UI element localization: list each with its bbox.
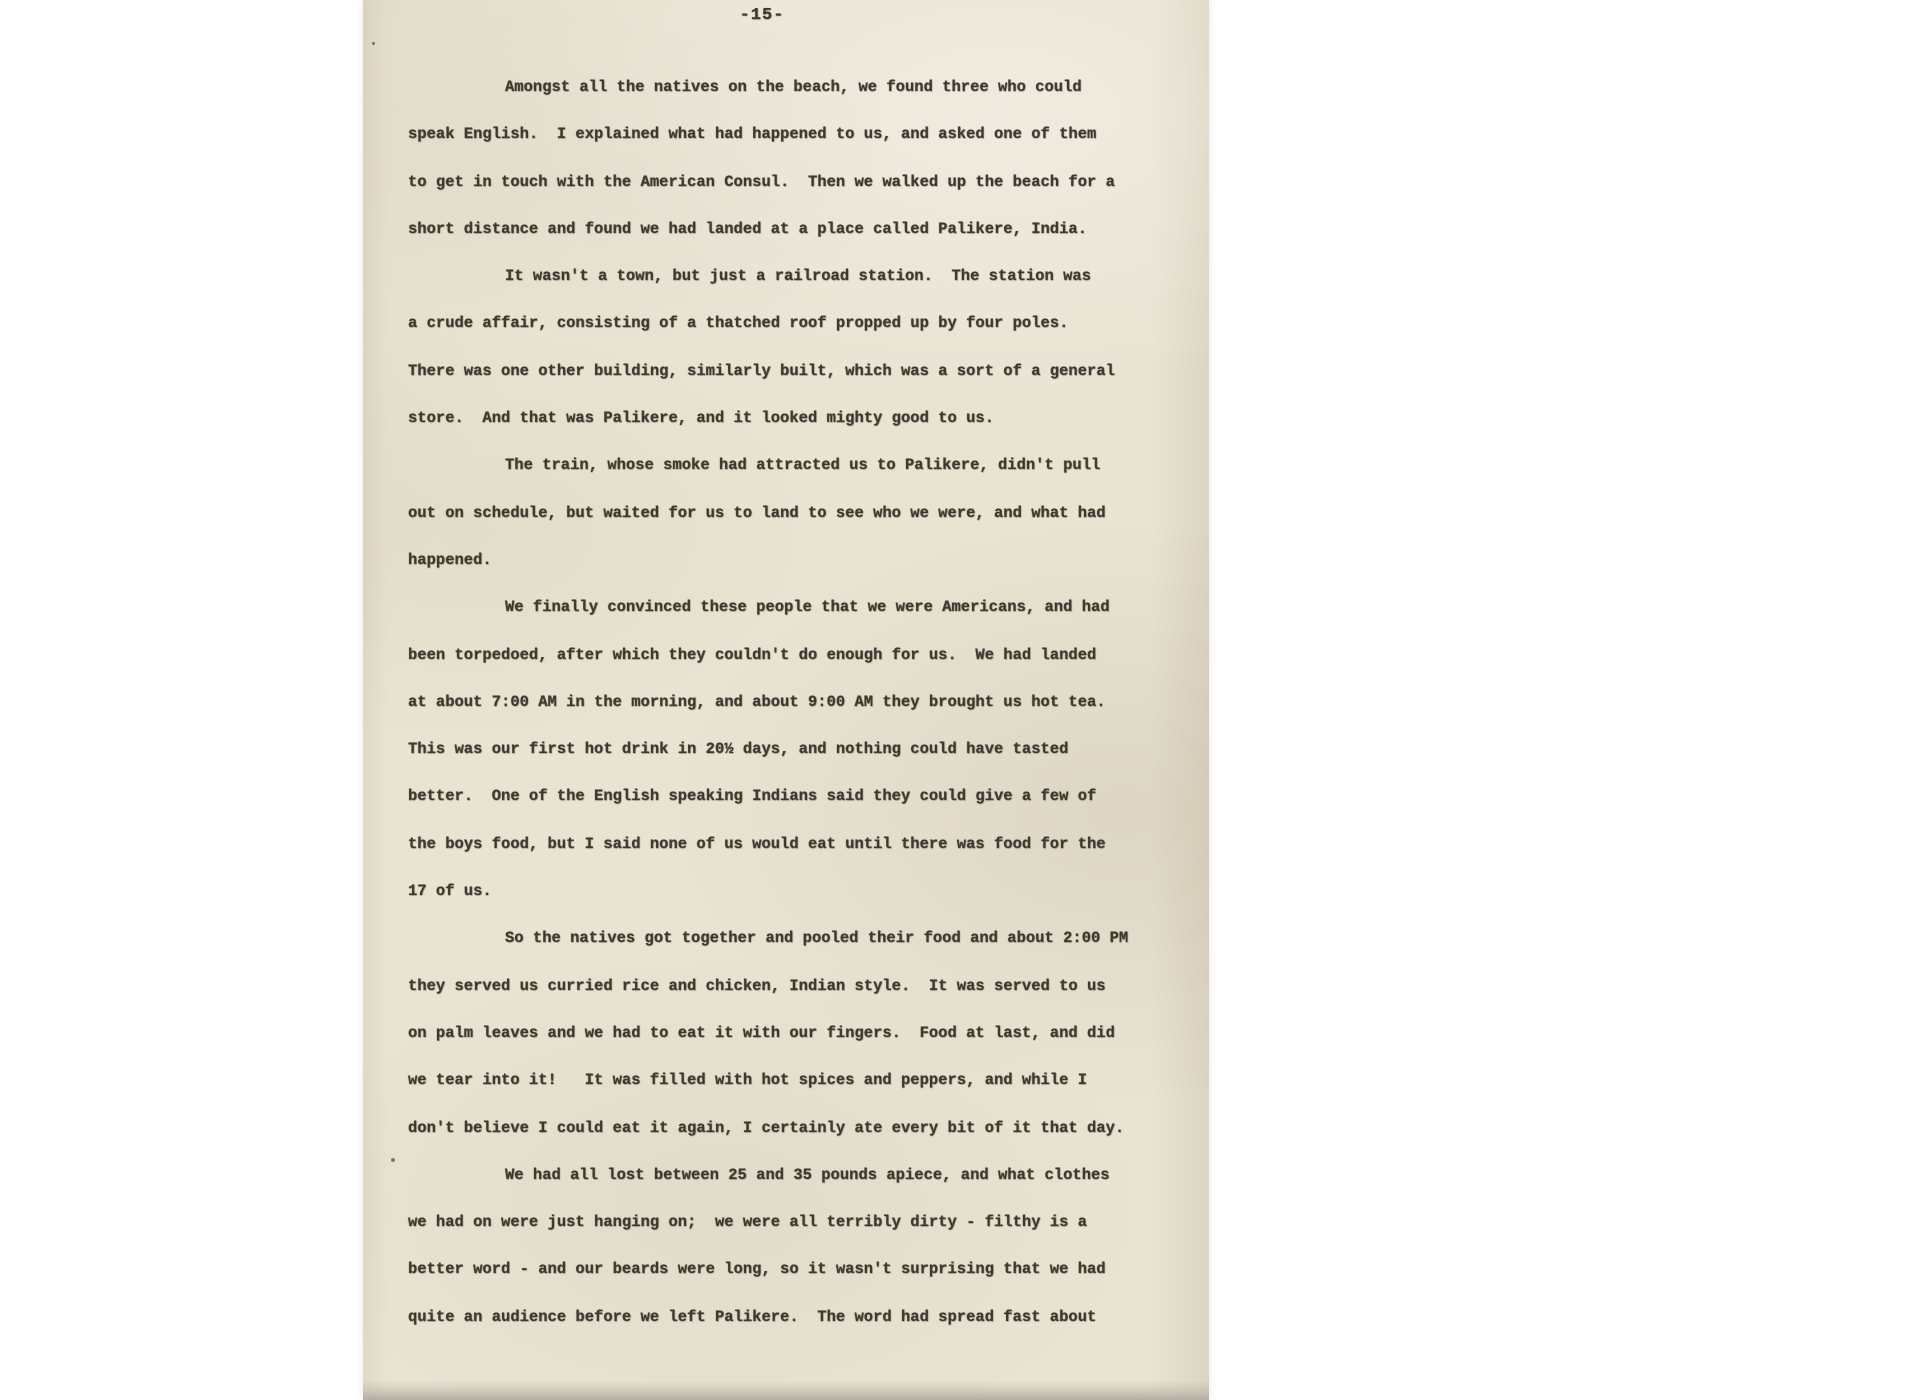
page-body-text: Amongst all the natives on the beach, we… (408, 64, 1170, 1341)
typed-line: The train, whose smoke had attracted us … (408, 442, 1170, 489)
typed-line: don't believe I could eat it again, I ce… (408, 1105, 1170, 1152)
paragraph: We had all lost between 25 and 35 pounds… (408, 1152, 1170, 1341)
typed-line: short distance and found we had landed a… (408, 206, 1170, 253)
paragraph: So the natives got together and pooled t… (408, 915, 1170, 1151)
typed-line: we tear into it! It was filled with hot … (408, 1057, 1170, 1104)
typed-line: better word - and our beards were long, … (408, 1246, 1170, 1293)
typed-line: This was our first hot drink in 20½ days… (408, 726, 1170, 773)
typed-line: out on schedule, but waited for us to la… (408, 490, 1170, 537)
typed-line: been torpedoed, after which they couldn'… (408, 632, 1170, 679)
page-number: -15- (740, 6, 785, 25)
typed-line: 17 of us. (408, 868, 1170, 915)
typed-line: We finally convinced these people that w… (408, 584, 1170, 631)
typed-line: a crude affair, consisting of a thatched… (408, 300, 1170, 347)
typed-line: Amongst all the natives on the beach, we… (408, 64, 1170, 111)
typed-line: to get in touch with the American Consul… (408, 159, 1170, 206)
typed-line: speak English. I explained what had happ… (408, 111, 1170, 158)
typed-line: quite an audience before we left Paliker… (408, 1294, 1170, 1341)
typed-line: There was one other building, similarly … (408, 348, 1170, 395)
paragraph: It wasn't a town, but just a railroad st… (408, 253, 1170, 442)
typed-line: at about 7:00 AM in the morning, and abo… (408, 679, 1170, 726)
typed-line: store. And that was Palikere, and it loo… (408, 395, 1170, 442)
typed-line: on palm leaves and we had to eat it with… (408, 1010, 1170, 1057)
typewritten-page: -15- Amongst all the natives on the beac… (363, 0, 1209, 1400)
paper-bottom-shadow (363, 1380, 1209, 1400)
typed-line: better. One of the English speaking Indi… (408, 773, 1170, 820)
typed-line: We had all lost between 25 and 35 pounds… (408, 1152, 1170, 1199)
paragraph: Amongst all the natives on the beach, we… (408, 64, 1170, 253)
typed-line: we had on were just hanging on; we were … (408, 1199, 1170, 1246)
typed-line: the boys food, but I said none of us wou… (408, 821, 1170, 868)
typed-line: happened. (408, 537, 1170, 584)
typed-line: So the natives got together and pooled t… (408, 915, 1170, 962)
paragraph: The train, whose smoke had attracted us … (408, 442, 1170, 584)
typed-line: they served us curried rice and chicken,… (408, 963, 1170, 1010)
ink-speck (372, 42, 375, 45)
paragraph: We finally convinced these people that w… (408, 584, 1170, 915)
typed-line: It wasn't a town, but just a railroad st… (408, 253, 1170, 300)
ink-speck (391, 1158, 395, 1162)
